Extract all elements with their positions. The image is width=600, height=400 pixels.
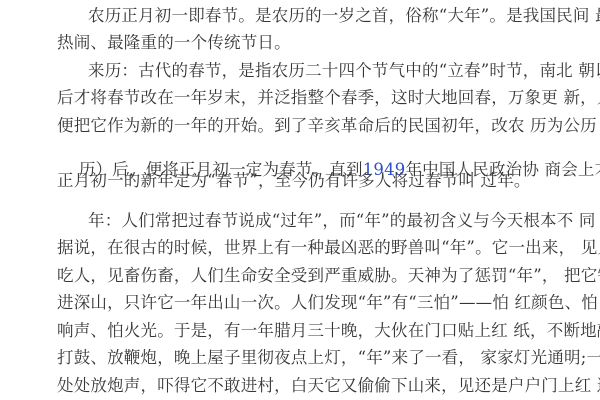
- text-line: 据说，在很古的时候，世界上有一种最凶恶的野兽叫“年”。它一出来， 见人: [57, 240, 600, 257]
- text-line: 进深山，只许它一年出山一次。人们发现“年”有“三怕”——怕 红颜色、怕: [57, 295, 598, 312]
- text-line: 后才将春节改在一年岁末，并泛指整个春季，这时大地回春，万象更 新，人们: [57, 90, 600, 107]
- text-line: 来历：古代的春节，是指农历二十四个节气中的“立春”时节，南北 朝以: [88, 63, 600, 80]
- document-page: 农历正月初一即春节。是农历的一岁之首，俗称“大年”。是我国民间 最 热闹、最隆重…: [0, 0, 600, 400]
- text-line: 热闹、最隆重的一个传统节日。: [57, 35, 291, 52]
- text-line: 农历正月初一即春节。是农历的一岁之首，俗称“大年”。是我国民间 最: [88, 8, 600, 25]
- text-line: 打鼓、放鞭炮，晚上屋子里彻夜点上灯，“年”来了一看， 家家灯光通明;一听: [57, 350, 600, 367]
- text-line: 吃人，见畜伤畜，人们生命安全受到严重威胁。天神为了惩罚“年”， 把它锁: [57, 268, 600, 285]
- text-line: 正月初一的新年定为“春节”，至今仍有许多人将过春节叫 过年。: [57, 173, 531, 190]
- text-line: 年：人们常把过春节说成“过年”，而“年”的最初含义与今天根本不 同: [88, 213, 596, 230]
- text-line: 响声、怕火光。于是，有一年腊月三十晚，大伙在门口贴上红 纸，不断地敲锣: [57, 323, 600, 340]
- text-line: 处处放炮声，吓得它不敢进村，白天它又偷偷下山来，见还是户户门上红 遍: [57, 378, 600, 395]
- text-line: 便把它作为新的一年的开始。到了辛亥革命后的民国初年，改农 历为公历（阳: [57, 118, 600, 135]
